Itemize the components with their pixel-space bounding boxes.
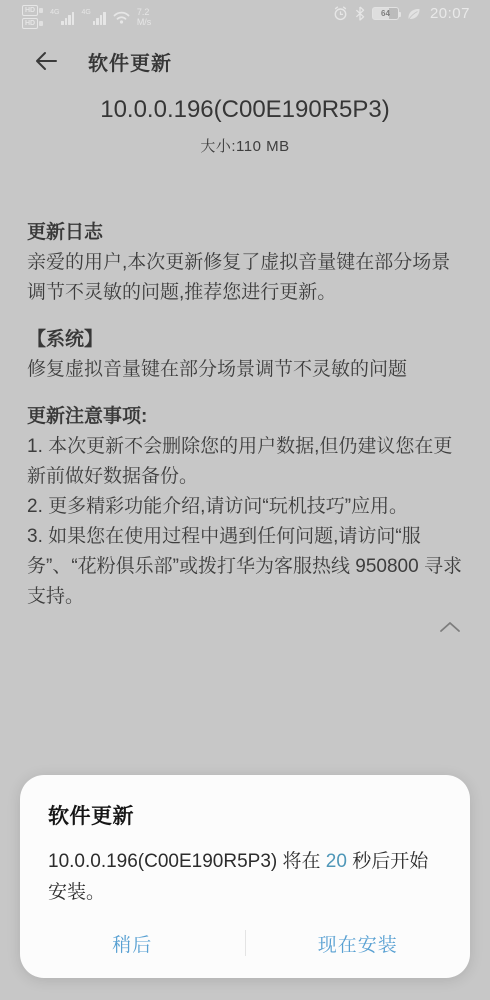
signal-bars <box>61 12 74 25</box>
system-section-body: 修复虚拟音量键在部分场景调节不灵敏的问题 <box>27 355 463 385</box>
power-saving-leaf-icon <box>406 7 421 21</box>
changelog-title: 更新日志 <box>27 218 463 248</box>
dialog-message-prefix: 10.0.0.196(C00E190R5P3) 将在 <box>48 851 326 872</box>
notes-title: 更新注意事项: <box>27 402 463 432</box>
screen: HD HD 4G 4G 7.2 M/s <box>0 0 490 1000</box>
network-type-label: 4G <box>81 9 90 16</box>
system-section-title: 【系统】 <box>27 325 463 355</box>
network-type-label: 4G <box>50 9 59 16</box>
sim1-mark <box>39 8 43 13</box>
update-dialog: 软件更新 10.0.0.196(C00E190R5P3) 将在 20 秒后开始安… <box>20 775 470 978</box>
countdown-seconds: 20 <box>326 851 347 872</box>
back-button[interactable] <box>30 47 62 75</box>
note-item: 1. 本次更新不会删除您的用户数据,但仍建议您在更新前做好数据备份。 <box>27 432 463 492</box>
status-bar: HD HD 4G 4G 7.2 M/s <box>0 0 490 32</box>
signal-bars-icon-sim2: 4G <box>81 9 105 25</box>
collapse-button[interactable] <box>435 617 465 640</box>
update-size: 大小:110 MB <box>0 135 490 156</box>
changelog-body: 亲爱的用户,本次更新修复了虚拟音量键在部分场景调节不灵敏的问题,推荐您进行更新。 <box>27 248 463 308</box>
sim2-mark <box>39 21 43 26</box>
header: 软件更新 <box>0 32 490 84</box>
back-arrow-icon <box>34 51 58 71</box>
battery-icon: 64 <box>372 7 399 20</box>
speed-unit: M/s <box>137 17 152 27</box>
note-item: 2. 更多精彩功能介绍,请访问“玩机技巧”应用。 <box>27 492 463 522</box>
note-item: 3. 如果您在使用过程中遇到任何问题,请访问“服务”、“花粉俱乐部”或拨打华为客… <box>27 522 463 612</box>
volte-hd-icon-sim1: HD <box>22 5 43 16</box>
changelog: 更新日志 亲爱的用户,本次更新修复了虚拟音量键在部分场景调节不灵敏的问题,推荐您… <box>0 156 490 612</box>
clock: 20:07 <box>430 5 470 22</box>
version-block: 10.0.0.196(C00E190R5P3) 大小:110 MB <box>0 96 490 156</box>
wifi-icon <box>113 10 130 24</box>
install-now-button[interactable]: 现在安装 <box>246 930 471 957</box>
network-speed: 7.2 M/s <box>137 7 152 27</box>
volte-hd-icons: HD HD <box>22 5 43 29</box>
later-button[interactable]: 稍后 <box>20 930 245 957</box>
page-title: 软件更新 <box>88 47 172 76</box>
alarm-icon <box>333 6 348 21</box>
bluetooth-icon <box>355 6 365 21</box>
signal-bars-icon-sim1: 4G <box>50 9 74 25</box>
dialog-title: 软件更新 <box>48 800 442 830</box>
hd-label: HD <box>22 18 38 29</box>
volte-hd-icon-sim2: HD <box>22 18 43 29</box>
dialog-message: 10.0.0.196(C00E190R5P3) 将在 20 秒后开始安装。 <box>48 846 442 908</box>
dialog-buttons: 稍后 现在安装 <box>20 918 470 968</box>
version-number: 10.0.0.196(C00E190R5P3) <box>0 96 490 124</box>
hd-label: HD <box>22 5 38 16</box>
battery-level: 64 <box>381 10 390 18</box>
chevron-up-icon <box>439 621 461 633</box>
signal-bars <box>93 12 106 25</box>
speed-value: 7.2 <box>137 7 152 17</box>
